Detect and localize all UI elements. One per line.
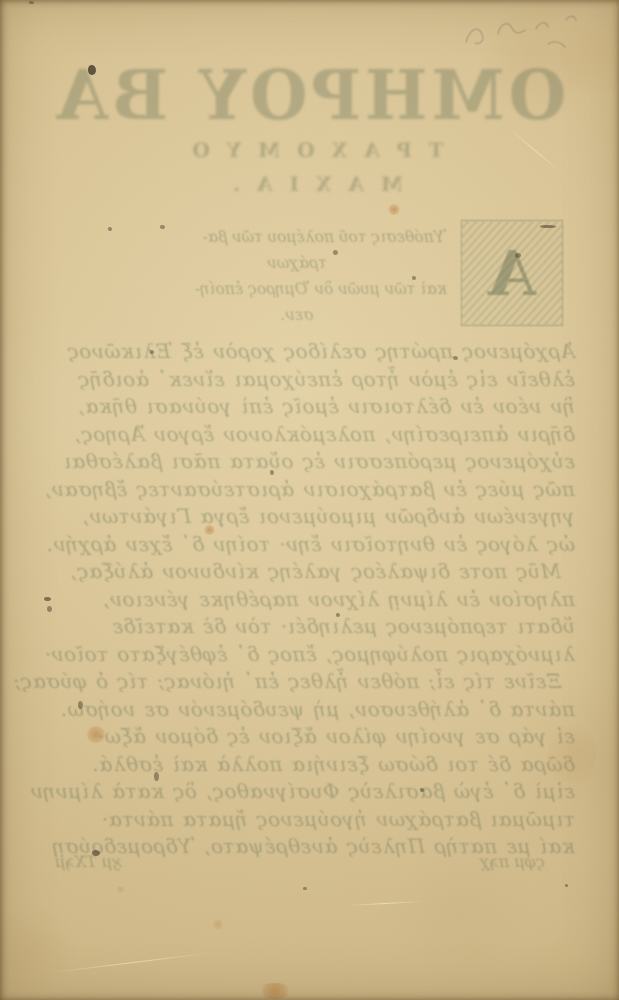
ink-speck [108,227,112,231]
ghost-verse-block: Ἀρχόμενος πρώτης σελίδος χορὸν ἐξ Ἑλικῶν… [35,338,575,861]
ink-speck [540,225,556,228]
ink-speck [47,606,52,612]
scanned-book-page: ΟΜΗΡΟΥ ΒΑ ΤΡΑΧΟΜΥΟ ΜΑΧΙΑ. Α Ὑπόθεσις τοῦ… [0,0,619,1000]
paper-mottling [0,0,619,1000]
ghost-verse-line: Μῦς ποτε διψαλέος γαλέης κίνδυνον ἀλύξας… [35,558,561,586]
initial-letter: Α [488,237,536,310]
paper-scratch [508,128,562,174]
ghost-footer-line: ςφμ πϡχ ϗμ ΤΧϡμ [35,852,575,871]
ghost-catchword-mark: ϗμ ΤΧϡμ [55,852,122,871]
ghost-verse-line: ἐλθεῖν εἰς ἐμὸν ἦτορ ἐπεύχομαι εἵνεκ᾽ ἀο… [35,366,575,394]
ghost-verse-line: πῶς μύες ἐν βατράχοισιν ἀριστεύσαντες ἔβ… [35,476,575,504]
paper-scratch [49,952,218,974]
ghost-verse-line: γηγενέων ἀνδρῶν μιμούμενοι ἔργα Γιγάντων… [35,503,575,531]
ink-speck [150,350,154,354]
foxing-stain [388,204,400,215]
ghost-verse-line: λιμνόχαρις πολύφημος, ἔπος δ᾽ ἐφθέγξατο … [35,641,575,669]
ink-speck [565,884,568,887]
ink-speck [154,772,159,781]
ink-speck [270,470,274,475]
foxing-stain [560,10,619,100]
ink-speck [92,850,100,856]
ink-speck [333,250,338,255]
ghost-verse-line: τιμῶμαι βατράχων ἡγούμενος ἤματα πάντα· [35,806,575,834]
ink-speck [78,701,83,709]
ghost-verse-line: εὐχόμενος μερόπεσσιν ἐς οὔατα πᾶσι βαλέσ… [35,448,575,476]
ghost-verse-line: δῶρα δέ τοι δώσω ξεινήια πολλὰ καὶ ἐσθλά… [35,751,575,779]
ghost-verse-line: καί με πατὴρ Πηλεὺς ἀνεθρέψατο, Ὑδρομεδο… [35,833,575,861]
ink-speck [336,613,340,617]
ghost-title-line-3: ΜΑΧΙΑ. [0,172,619,196]
ghost-argument-block: Α Ὑπόθεσις τοῦ πολέμου τῶν βα- τράχων κα… [56,220,563,328]
ink-speck [44,597,51,601]
paper-grain-texture [0,0,619,1000]
ghost-signature-mark: ςφμ πϡχ [480,852,545,871]
ghost-verse-line: ὕδατι τερπόμενος μελιηδέι· τὸν δὲ κατεῖδ… [35,613,575,641]
ghost-argument-line: τράχων [147,250,447,276]
ghost-verse-line: Ξεῖνε τίς εἶ; πόθεν ἦλθες ἐπ᾽ ἠιόνας; τί… [35,668,561,696]
ghost-verse-line: ἣν νέον ἐν δέλτοισιν ἐμοῖς ἐπὶ γούνασι θ… [35,393,575,421]
ink-speck [29,1,34,4]
showthrough-layer: ΟΜΗΡΟΥ ΒΑ ΤΡΑΧΟΜΥΟ ΜΑΧΙΑ. Α Ὑπόθεσις τοῦ… [0,0,619,1000]
ghost-verse-line: πλησίον ἐν λίμνῃ λίχνον παρέθηκε γένειον… [35,586,575,614]
page-edge-shading [0,0,619,1000]
ghost-title-line-2: ΤΡΑΧΟΜΥΟ [0,138,619,162]
ink-speck [303,887,307,890]
foxing-stain [212,920,224,929]
ink-speck [160,225,165,229]
foxing-stain [116,886,125,893]
ghost-argument-line: καὶ τῶν μυῶν ὃν Ὅμηρος ἐποίη- [147,276,447,302]
foxing-stain [258,983,292,999]
paper-scratch [345,901,425,906]
foxing-stain [204,525,215,535]
ghost-argument-line: Ὑπόθεσις τοῦ πολέμου τῶν βα- [147,224,447,250]
ghost-title-line-1: ΟΜΗΡΟΥ ΒΑ [0,54,619,135]
foxing-stain [86,726,106,743]
pencil-inscription [448,2,598,62]
ghost-verse-line: πάντα δ᾽ ἀλήθευσον, μὴ ψευδόμενόν σε νοή… [35,696,575,724]
ink-speck [420,788,424,792]
ghost-argument-line: σεν. [147,302,447,328]
woodcut-initial-ghost: Α [461,220,563,326]
ink-speck [453,356,458,360]
ghost-verse-line: ὡς λόγος ἐν θνητοῖσιν ἔην· τοίην δ᾽ ἔχεν… [35,531,575,559]
ghost-verse-line: εἰμὶ δ᾽ ἐγὼ βασιλεὺς Φυσίγναθος, ὃς κατὰ… [35,778,575,806]
foxing-stain [548,720,596,790]
ink-speck [412,276,416,280]
ghost-argument-text: Ὑπόθεσις τοῦ πολέμου τῶν βα- τράχων καὶ … [147,220,447,328]
ink-speck [88,65,96,75]
ink-speck [515,253,521,258]
ghost-verse-line: εἰ γάρ σε γνοίην φίλον ἄξιον ἐς δόμον ἄξ… [35,723,575,751]
ghost-verse-line: δῆριν ἀπειρεσίην, πολεμόκλονον ἔργον Ἄρη… [35,421,575,449]
ghost-verse-line: Ἀρχόμενος πρώτης σελίδος χορὸν ἐξ Ἑλικῶν… [35,338,575,366]
